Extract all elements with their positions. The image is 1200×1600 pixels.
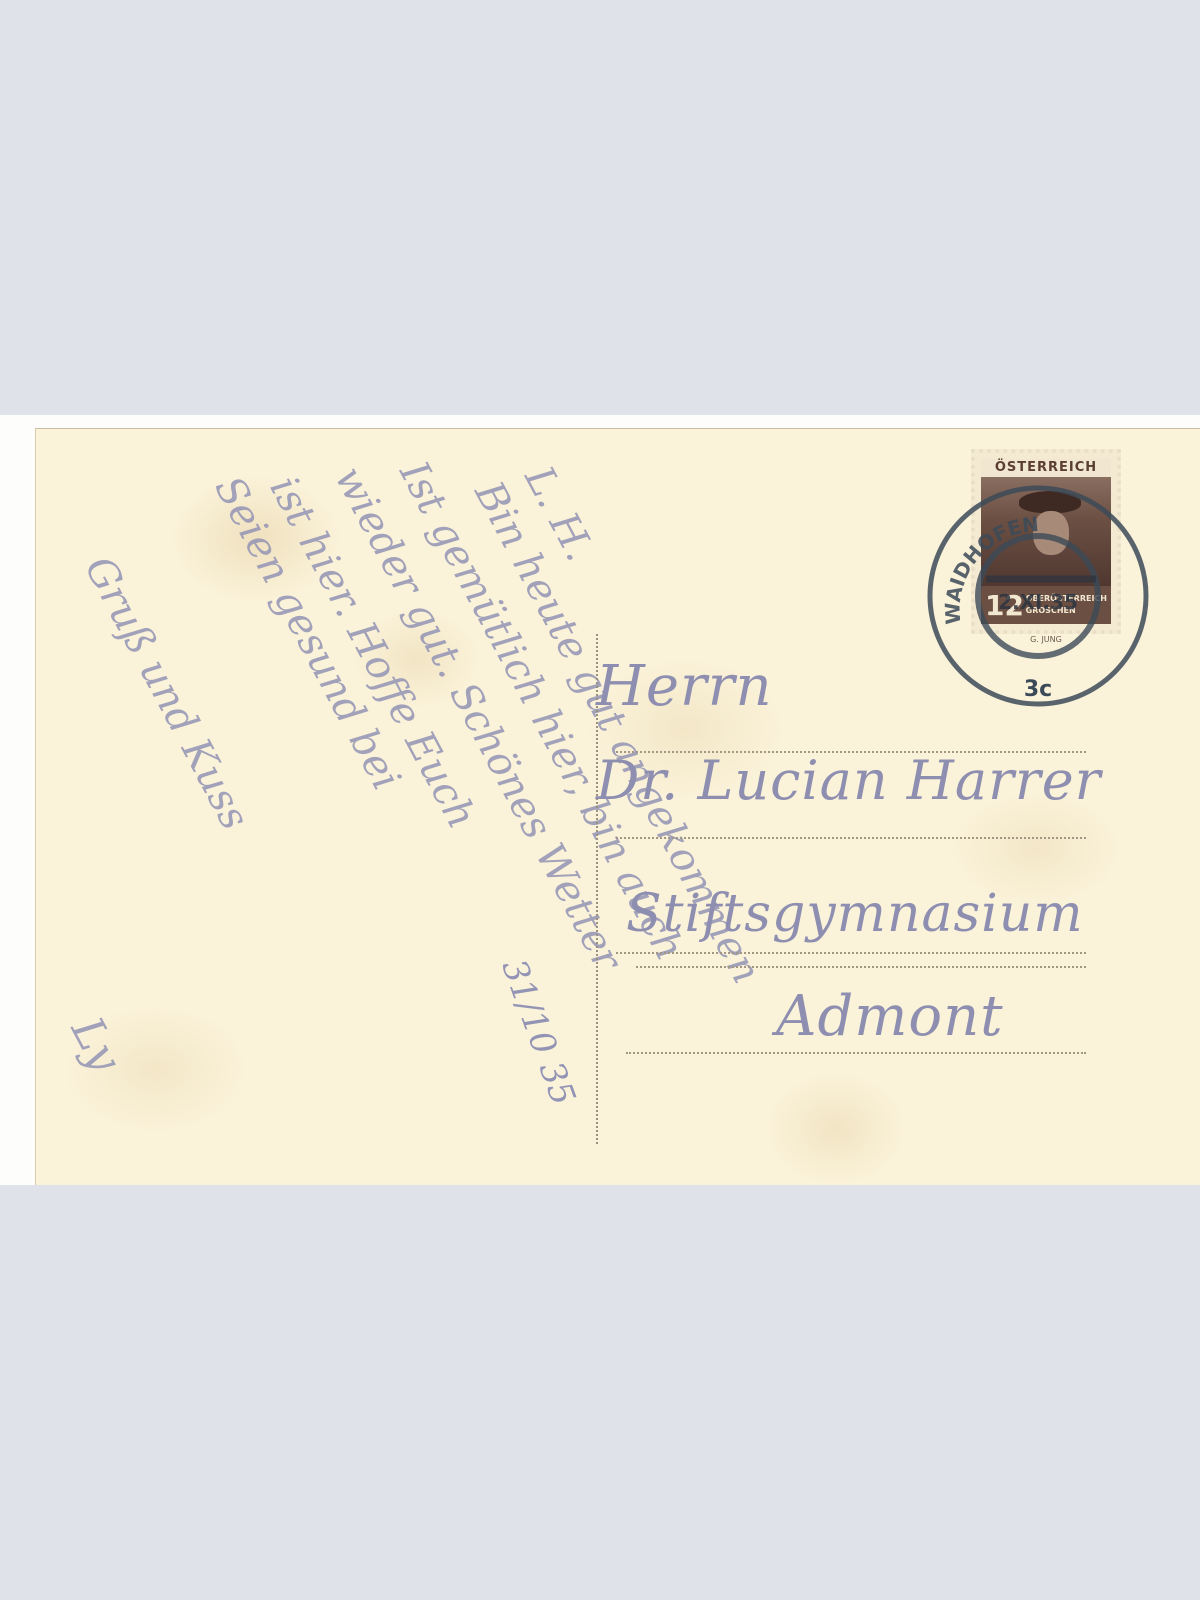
- postcard-photo: L. H. Bin heute gut angekommen Ist gemüt…: [0, 415, 1200, 1185]
- address-salutation: Herrn: [596, 654, 773, 719]
- postmark-circle-icon: WAIDHOFEN 2.XI.35 3c: [926, 484, 1151, 709]
- message-line: Gruß und Kuss: [75, 549, 257, 837]
- signature: Ly: [61, 1009, 131, 1080]
- message-area: L. H. Bin heute gut angekommen Ist gemüt…: [66, 449, 586, 1149]
- stamp-country: ÖSTERREICH: [981, 459, 1111, 477]
- address-institution: Stiftsgymnasium: [626, 884, 1084, 944]
- address-name: Dr. Lucian Harrer: [596, 749, 1101, 812]
- postcard: L. H. Bin heute gut angekommen Ist gemüt…: [35, 428, 1200, 1185]
- address-line: [616, 952, 1086, 954]
- address-line: [626, 1052, 1086, 1054]
- address-line: [636, 966, 1086, 968]
- svg-text:3c: 3c: [1024, 677, 1052, 702]
- postmark: WAIDHOFEN 2.XI.35 3c: [926, 484, 1151, 709]
- svg-text:2.XI.35: 2.XI.35: [998, 590, 1078, 614]
- address-city: Admont: [776, 984, 1004, 1049]
- address-line: [616, 837, 1086, 839]
